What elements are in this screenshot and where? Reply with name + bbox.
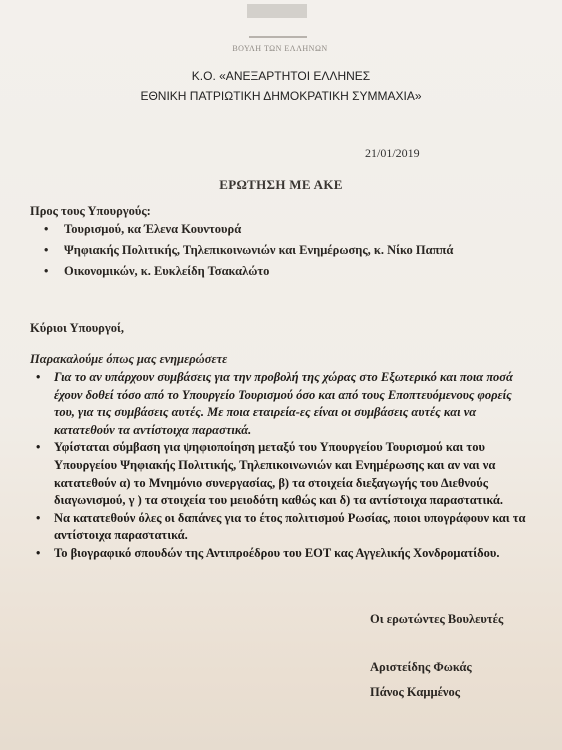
questions-list: Για το αν υπάρχουν συμβάσεις για την προ…: [30, 369, 550, 563]
question-item: Το βιογραφικό σπουδών της Αντιπροέδρου τ…: [30, 545, 534, 563]
question-item: Να κατατεθούν όλες οι δαπάνες για το έτο…: [30, 510, 534, 545]
signer-name: Πάνος Καμμένος: [370, 685, 460, 700]
salutation: Κύριοι Υπουργοί,: [30, 321, 124, 336]
question-item: Υφίσταται σύμβαση για ψηφιοποίηση μεταξύ…: [30, 439, 534, 509]
institution-name: ΒΟΥΛΗ ΤΩΝ ΕΛΛΗΝΩΝ: [210, 44, 350, 53]
signer-name: Αριστείδης Φωκάς: [370, 660, 472, 675]
addressee-item: Τουρισμού, κα Έλενα Κουντουρά: [44, 219, 453, 240]
party-name-line-2: ΕΘΝΙΚΗ ΠΑΤΡΙΩΤΙΚΗ ΔΗΜΟΚΡΑΤΙΚΗ ΣΥΜΜΑΧΙΑ»: [0, 89, 562, 103]
intro-line: Παρακαλούμε όπως μας ενημερώσετε: [30, 352, 227, 367]
emblem-underline: [249, 36, 307, 38]
document-title: ΕΡΩΤΗΣΗ ΜΕ ΑΚΕ: [0, 177, 562, 193]
parliament-emblem-icon: [243, 4, 317, 48]
addressee-item: Ψηφιακής Πολιτικής, Τηλεπικοινωνιών και …: [44, 240, 453, 261]
addressees-label: Προς τους Υπουργούς:: [30, 204, 151, 219]
addressees-list: Τουρισμού, κα Έλενα Κουντουρά Ψηφιακής Π…: [44, 219, 453, 282]
emblem-top-shape: [247, 4, 307, 18]
party-name-line-1: Κ.Ο. «ΑΝΕΞΑΡΤΗΤΟΙ ΕΛΛΗΝΕΣ: [0, 69, 562, 83]
signature-label: Οι ερωτώντες Βουλευτές: [370, 612, 503, 627]
question-item: Για το αν υπάρχουν συμβάσεις για την προ…: [30, 369, 534, 439]
addressee-item: Οικονομικών, κ. Ευκλείδη Τσακαλώτο: [44, 261, 453, 282]
document-date: 21/01/2019: [365, 146, 420, 161]
